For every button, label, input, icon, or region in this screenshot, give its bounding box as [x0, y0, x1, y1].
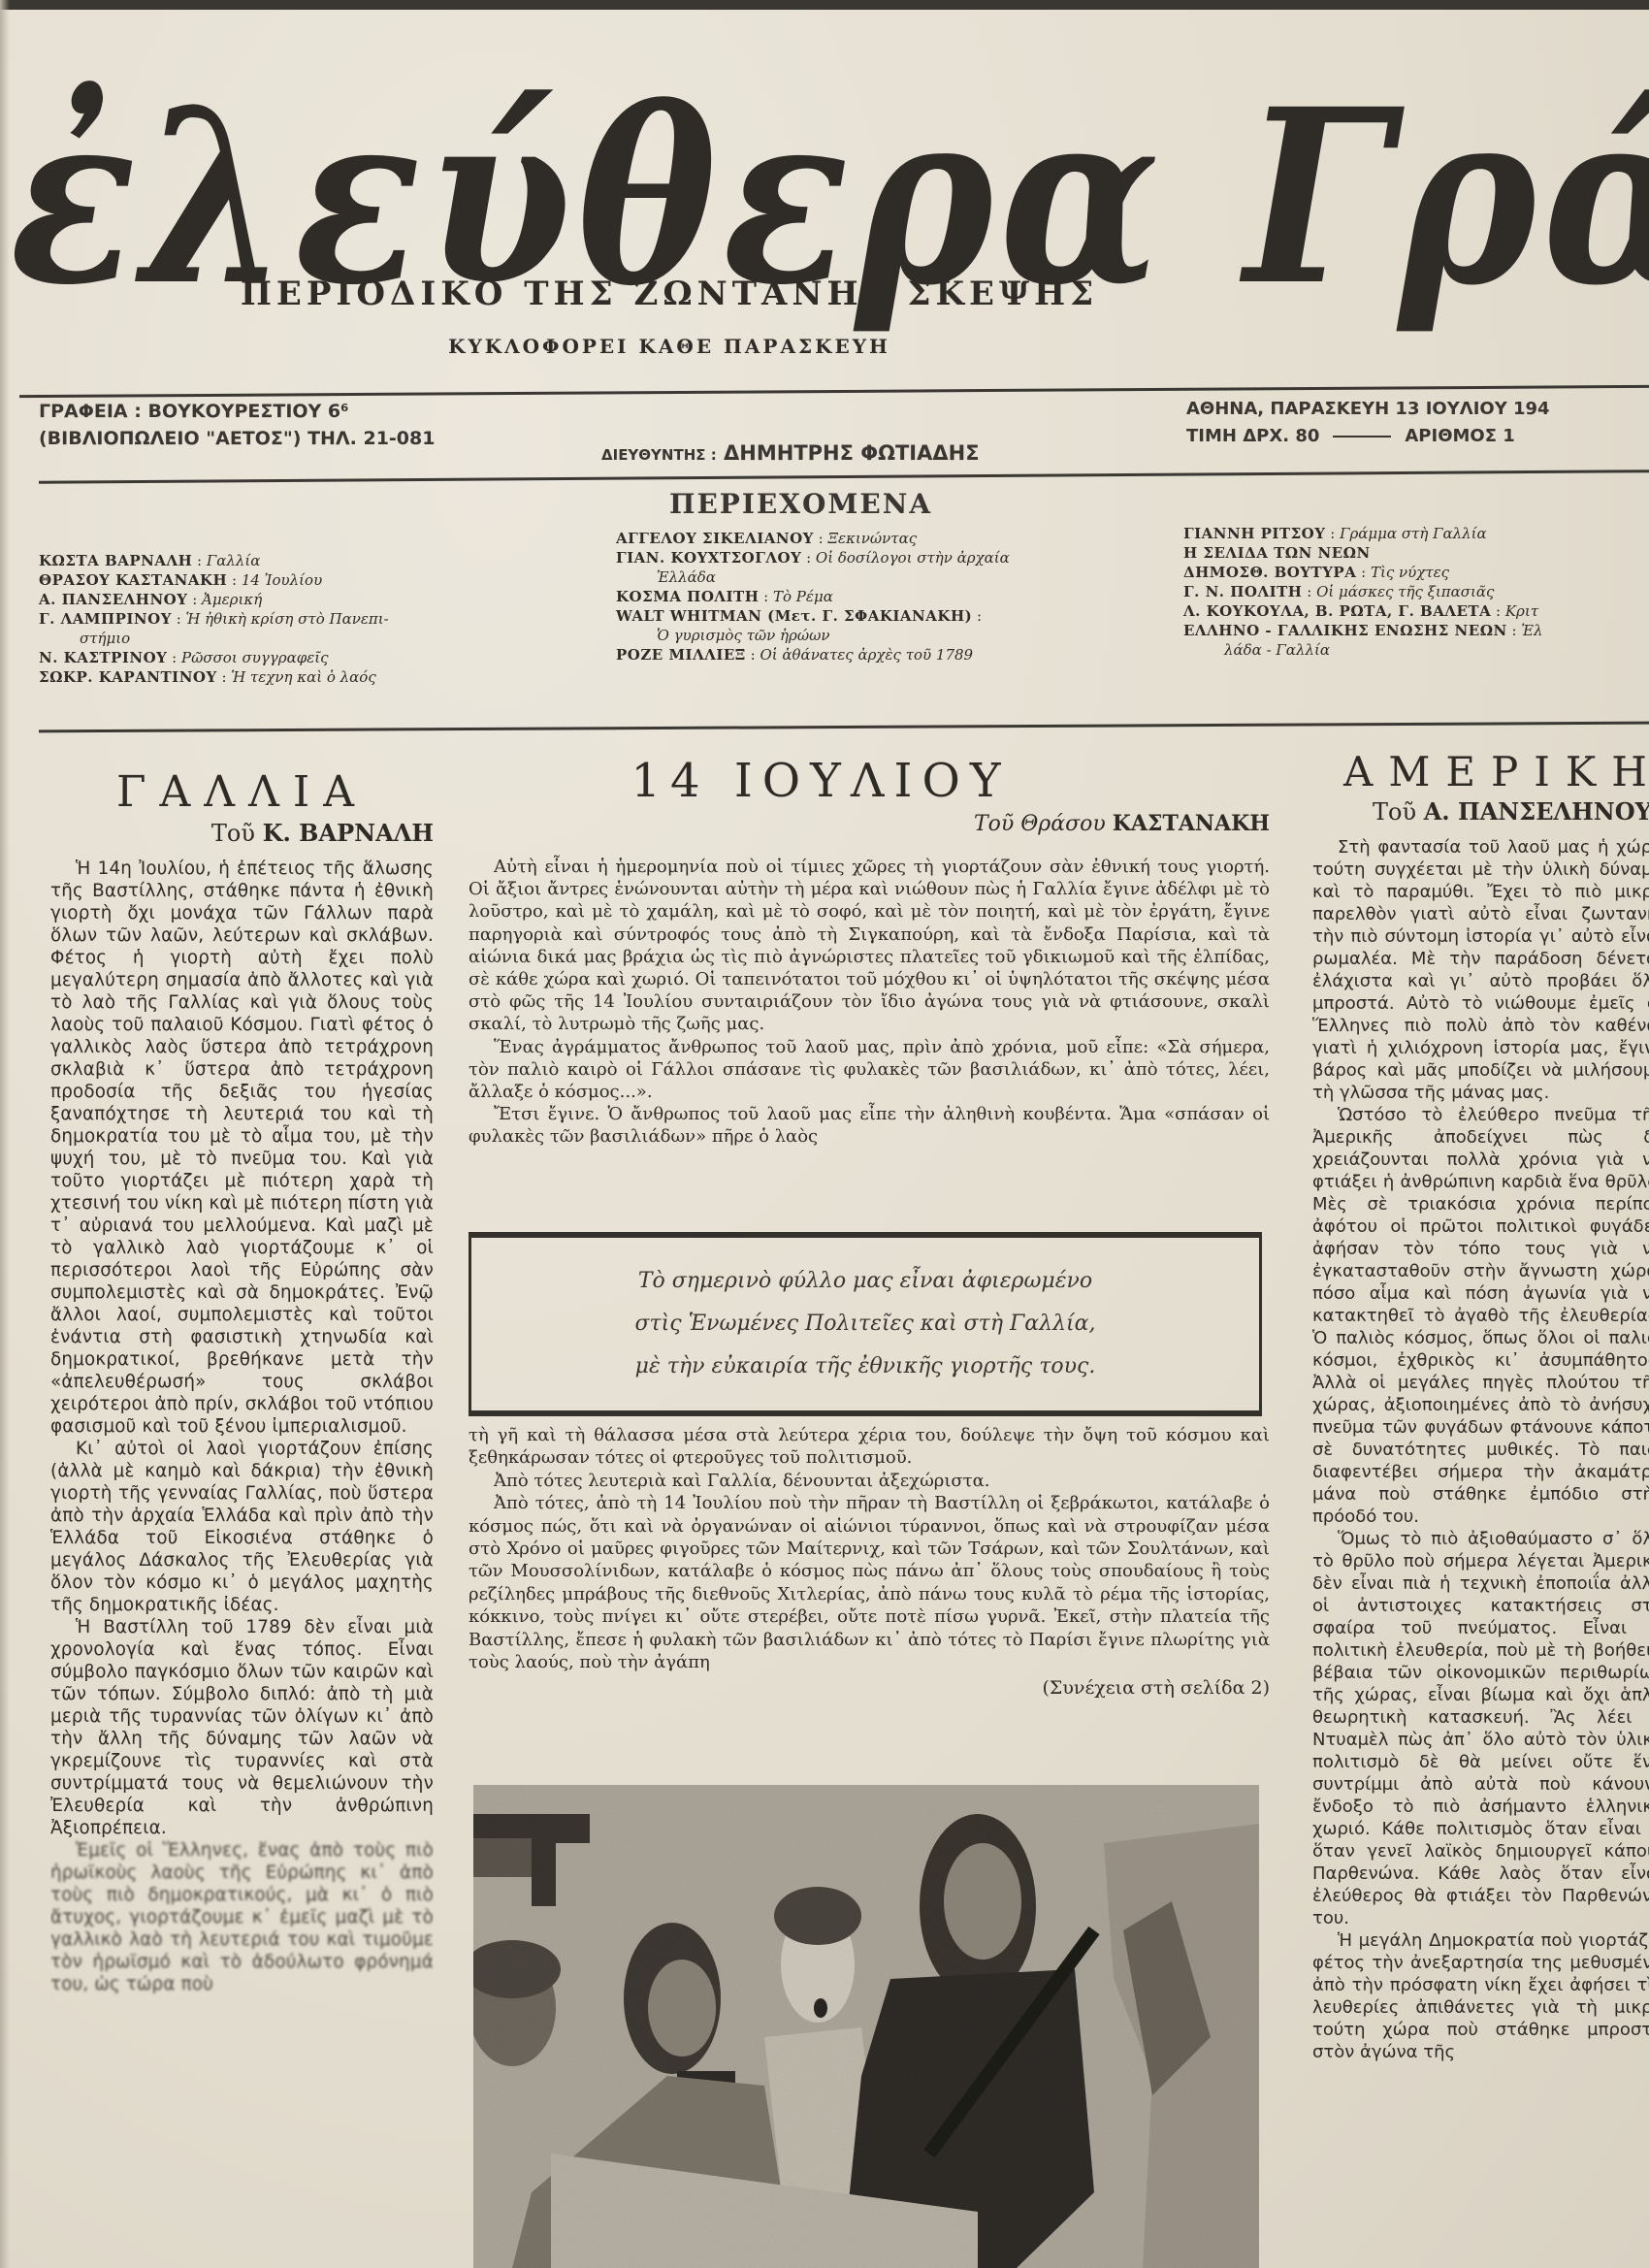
article-paragraph: Αὐτὴ εἶναι ἡ ἡμερομηνία ποὺ οἱ τίμιες χῶ… — [469, 856, 1270, 1036]
article-paragraph: Ἡ 14η Ἰουλίου, ἡ ἐπέτειος τῆς ἅλωσης τῆς… — [50, 858, 434, 1438]
article-byline: Τοῦ Α. ΠΑΝΣΕΛΗΝΟΥ — [1285, 797, 1649, 826]
contents-author: Α. ΠΑΝΣΕΛΗΝΟΥ — [39, 591, 187, 608]
contents-item: ΕΛΛΗΝΟ - ΓΑΛΛΙΚΗΣ ΕΝΩΣΗΣ ΝΕΩΝ : Ἑλ — [1183, 621, 1649, 640]
contents-author: ΓΙΑΝ. ΚΟΥΧΤΣΟΓΛΟΥ — [616, 549, 801, 567]
contents-title-text: Τὶς νύχτες — [1371, 564, 1449, 581]
notice-line: στὶς Ἑνωμένες Πολιτεῖες καὶ στὴ Γαλλία, — [634, 1303, 1095, 1345]
contents-item-continued: στήμιο — [39, 629, 582, 648]
dateline: ΑΘΗΝΑ, ΠΑΡΑΣΚΕΥΗ 13 ΙΟΥΛΙΟΥ 194 — [1186, 396, 1550, 423]
contents-item-continued: Ὁ γυρισμὸς τῶν ἡρώων — [616, 626, 1179, 645]
article-paragraph: Ἡ μεγάλη Δημοκρατία ποὺ γιορτάζει φέτος … — [1285, 1929, 1649, 2063]
contents-author: Γ. Ν. ΠΟΛΙΤΗ — [1183, 583, 1302, 600]
article-paragraph: Ἀπὸ τότες λευτεριὰ καὶ Γαλλία, δένουνται… — [469, 1470, 1270, 1492]
contents-title-text: Οἱ μάσκες τῆς ξιπασιᾶς — [1316, 583, 1494, 600]
contents-list-middle: ΑΓΓΕΛΟΥ ΣΙΚΕΛΙΑΝΟΥ : ΞεκινώνταςΓΙΑΝ. ΚΟΥ… — [616, 529, 1179, 664]
contents-item-continued: λάδα - Γαλλία — [1183, 640, 1649, 660]
article-title: 14 ΙΟΥΛΙΟΥ — [469, 752, 1270, 810]
contents-title-text: Ἑλ — [1521, 622, 1542, 639]
contents-author: ΘΡΑΣΟΥ ΚΑΣΤΑΝΑΚΗ — [39, 571, 227, 589]
contents-author: Λ. ΚΟΥΚΟΥΛΑ, Β. ΡΩΤΑ, Γ. ΒΑΛΕΤΑ — [1183, 602, 1491, 620]
contents-author: ΚΟΣΜΑ ΠΟΛΙΤΗ — [616, 588, 759, 605]
contents-item: ΣΩΚΡ. ΚΑΡΑΝΤΙΝΟΥ : Ἡ τεχνη καὶ ὁ λαός — [39, 667, 582, 687]
contents-title-text: Γαλλία — [207, 552, 261, 569]
director-label: ΔΙΕΥΘΥΝΤΗΣ : — [601, 446, 717, 464]
dash-divider — [1333, 436, 1391, 437]
contents-list-left: ΚΩΣΤΑ ΒΑΡΝΑΛΗ : ΓαλλίαΘΡΑΣΟΥ ΚΑΣΤΑΝΑΚΗ :… — [39, 551, 582, 687]
contents-author: ΓΙΑΝΝΗ ΡΙΤΣΟΥ — [1183, 525, 1325, 542]
contents-author: Η ΣΕΛΙΔΑ ΤΩΝ ΝΕΩΝ — [1183, 544, 1371, 562]
article-paragraph: Ἕνας ἀγράμματος ἄνθρωπος τοῦ λαοῦ μας, π… — [469, 1036, 1270, 1104]
contents-author: WALT WHITMAN (Μετ. Γ. ΣΦΑΚΙΑΝΑΚΗ) — [616, 607, 972, 625]
scan-top-edge — [0, 0, 1649, 10]
dedication-notice-box: Τὸ σημερινὸ φύλλο μας εἶναι ἀφιερωμένο σ… — [469, 1232, 1262, 1416]
contents-item: Γ. Ν. ΠΟΛΙΤΗ : Οἱ μάσκες τῆς ξιπασιᾶς — [1183, 582, 1649, 601]
issue-info: ΑΘΗΝΑ, ΠΑΡΑΣΚΕΥΗ 13 ΙΟΥΛΙΟΥ 194 ΤΙΜΗ ΔΡΧ… — [1186, 396, 1550, 450]
contents-author: ΣΩΚΡ. ΚΑΡΑΝΤΙΝΟΥ — [39, 668, 217, 686]
contents-author: ΔΗΜΟΣΘ. ΒΟΥΤΥΡΑ — [1183, 564, 1356, 581]
article-body: Ἡ 14η Ἰουλίου, ἡ ἐπέτειος τῆς ἅλωσης τῆς… — [50, 858, 434, 1839]
contents-title-text: Ἡ τεχνη καὶ ὁ λαός — [231, 668, 375, 686]
painting-illustration — [473, 1785, 1259, 2268]
contents-item: Λ. ΚΟΥΚΟΥΛΑ, Β. ΡΩΤΑ, Γ. ΒΑΛΕΤΑ : Κριτ — [1183, 601, 1649, 621]
article-byline: Τοῦ Κ. ΒΑΡΝΑΛΗ — [50, 819, 434, 848]
article-paragraph: Ἐμεῖς οἱ Ἕλληνες, ἕνας ἀπὸ τοὺς πιὸ ἡρωϊ… — [50, 1839, 434, 1995]
contents-author: ΕΛΛΗΝΟ - ΓΑΛΛΙΚΗΣ ΕΝΩΣΗΣ ΝΕΩΝ — [1183, 622, 1507, 639]
publication-frequency: ΚΥΚΛΟΦΟΡΕΙ ΚΑΘΕ ΠΑΡΑΣΚΕΥΗ — [0, 335, 1494, 358]
contents-item-continued: Ἑλλάδα — [616, 567, 1179, 587]
contents-item: Η ΣΕΛΙΔΑ ΤΩΝ ΝΕΩΝ — [1183, 543, 1649, 563]
contents-list-right: ΓΙΑΝΝΗ ΡΙΤΣΟΥ : Γράμμα στὴ ΓαλλίαΗ ΣΕΛΙΔ… — [1183, 524, 1649, 660]
contents-title-text: Ἡ ἠθικὴ κρίση στὸ Πανεπι- — [186, 610, 389, 628]
contents-title-text: Οἱ δοσίλογοι στὴν ἀρχαία — [816, 549, 1010, 567]
continued-on-page-2: (Συνέχεια στὴ σελίδα 2) — [469, 1677, 1270, 1699]
article-title: ΑΜΕΡΙΚΗ — [1285, 747, 1649, 797]
article-paragraph: Ἡ Βαστίλλη τοῦ 1789 δὲν εἶναι μιὰ χρονολ… — [50, 1616, 434, 1839]
article-paragraph: τὴ γῆ καὶ τὴ θάλασσα μέσα στὰ λεύτερα χέ… — [469, 1424, 1270, 1470]
contents-rule — [39, 722, 1649, 733]
contents-title-text: Ξεκινώντας — [827, 530, 917, 547]
contents-item: ΚΩΣΤΑ ΒΑΡΝΑΛΗ : Γαλλία — [39, 551, 582, 570]
article-paragraph: Ὅμως τὸ πιὸ ἀξιοθαύμαστο σ᾿ ὅλο τὸ θρῦλο… — [1285, 1528, 1649, 1929]
notice-line: μὲ τὴν εὐκαιρία τῆς ἐθνικῆς γιορτῆς τους… — [635, 1345, 1096, 1388]
contents-title-text: Κριτ — [1505, 602, 1538, 620]
contents-item: ΓΙΑΝΝΗ ΡΙΤΣΟΥ : Γράμμα στὴ Γαλλία — [1183, 524, 1649, 543]
article-body: τὴ γῆ καὶ τὴ θάλασσα μέσα στὰ λεύτερα χέ… — [469, 1424, 1270, 1673]
masthead-subtitle: ΠΕΡΙΟΔΙΚΟ ΤΗΣ ΖΩΝΤΑΝΗΣ ΣΚΕΨΗΣ — [0, 275, 1494, 313]
issue-number: ΑΡΙΘΜΟΣ 1 — [1405, 426, 1514, 446]
article-july-14-continued: τὴ γῆ καὶ τὴ θάλασσα μέσα στὰ λεύτερα χέ… — [469, 1424, 1270, 1699]
contents-author: ΑΓΓΕΛΟΥ ΣΙΚΕΛΙΑΝΟΥ — [616, 530, 814, 547]
contents-item: ΑΓΓΕΛΟΥ ΣΙΚΕΛΙΑΝΟΥ : Ξεκινώντας — [616, 529, 1179, 548]
contents-author: Γ. ΛΑΜΠΡΙΝΟΥ — [39, 610, 172, 628]
contents-author: Ν. ΚΑΣΤΡΙΝΟΥ — [39, 649, 167, 666]
article-paragraph: Ἔτσι ἔγινε. Ὁ ἄνθρωπος τοῦ λαοῦ μας εἶπε… — [469, 1103, 1270, 1148]
contents-item: ΚΟΣΜΑ ΠΟΛΙΤΗ : Τὸ Ρέμα — [616, 587, 1179, 606]
article-body: Αὐτὴ εἶναι ἡ ἡμερομηνία ποὺ οἱ τίμιες χῶ… — [469, 856, 1270, 1149]
article-paragraph: Ὡστόσο τὸ ἐλεύθερο πνεῦμα τῆς Ἀμερικῆς ἀ… — [1285, 1104, 1649, 1528]
article-paragraph: Κι᾿ αὐτοὶ οἱ λαοὶ γιορτάζουν ἐπίσης (ἀλλ… — [50, 1438, 434, 1616]
contents-title: ΠΕΡΙΕΧΟΜΕΝΑ — [669, 488, 932, 520]
price: ΤΙΜΗ ΔΡΧ. 80 — [1186, 426, 1319, 446]
contents-author: ΚΩΣΤΑ ΒΑΡΝΑΛΗ — [39, 552, 192, 569]
article-paragraph: Στὴ φαντασία τοῦ λαοῦ μας ἡ χώρα τούτη σ… — [1285, 836, 1649, 1104]
contents-item: ΔΗΜΟΣΘ. ΒΟΥΤΥΡΑ : Τὶς νύχτες — [1183, 563, 1649, 582]
contents-title-text: Ἀμερική — [202, 591, 262, 608]
contents-title-text: Τὸ Ρέμα — [773, 588, 833, 605]
contents-title-text: 14 Ἰουλίου — [242, 571, 322, 589]
article-paragraph: Ἀπὸ τότες, ἀπὸ τὴ 14 Ἰουλίου ποὺ τὴν πῆρ… — [469, 1492, 1270, 1673]
header-rule-bottom — [39, 470, 1649, 484]
director-info: ΔΙΕΥΘΥΝΤΗΣ : ΔΗΜΗΤΡΗΣ ΦΩΤΙΑΔΗΣ — [601, 441, 980, 465]
contents-item: Α. ΠΑΝΣΕΛΗΝΟΥ : Ἀμερική — [39, 590, 582, 609]
article-july-14: 14 ΙΟΥΛΙΟΥ Τοῦ Θράσου ΚΑΣΤΑΝΑΚΗ Αὐτὴ εἶν… — [469, 752, 1270, 1224]
contents-title-text: Γράμμα στὴ Γαλλία — [1340, 525, 1487, 542]
article-gallia: ΓΑΛΛΙΑ Τοῦ Κ. ΒΑΡΝΑΛΗ Ἡ 14η Ἰουλίου, ἡ ἐ… — [50, 766, 434, 2260]
contents-author: ΡΟΖΕ ΜΙΛΛΙΕΞ — [616, 646, 746, 664]
director-name: ΔΗΜΗΤΡΗΣ ΦΩΤΙΑΔΗΣ — [724, 441, 980, 465]
contents-title-text: Οἱ ἀθάνατες ἀρχὲς τοῦ 1789 — [760, 646, 973, 664]
offices-info: ΓΡΑΦΕΙΑ : ΒΟΥΚΟΥΡΕΣΤΙΟΥ 6⁶ (ΒΙΒΛΙΟΠΩΛΕΙΟ… — [39, 398, 435, 452]
notice-line: Τὸ σημερινὸ φύλλο μας εἶναι ἀφιερωμένο — [638, 1260, 1092, 1303]
bastille-painting-photo — [473, 1785, 1259, 2268]
contents-item: ΘΡΑΣΟΥ ΚΑΣΤΑΝΑΚΗ : 14 Ἰουλίου — [39, 570, 582, 590]
contents-item: Ν. ΚΑΣΤΡΙΝΟΥ : Ρῶσσοι συγγραφεῖς — [39, 648, 582, 667]
contents-item: ΓΙΑΝ. ΚΟΥΧΤΣΟΓΛΟΥ : Οἱ δοσίλογοι στὴν ἀρ… — [616, 548, 1179, 567]
contents-title-text: Ρῶσσοι συγγραφεῖς — [181, 649, 329, 666]
contents-item: ΡΟΖΕ ΜΙΛΛΙΕΞ : Οἱ ἀθάνατες ἀρχὲς τοῦ 178… — [616, 645, 1179, 664]
article-byline: Τοῦ Θράσου ΚΑΣΤΑΝΑΚΗ — [469, 810, 1270, 838]
offices-line-1: ΓΡΑΦΕΙΑ : ΒΟΥΚΟΥΡΕΣΤΙΟΥ 6⁶ — [39, 398, 435, 425]
contents-item: WALT WHITMAN (Μετ. Γ. ΣΦΑΚΙΑΝΑΚΗ) : — [616, 606, 1179, 626]
contents-item: Γ. ΛΑΜΠΡΙΝΟΥ : Ἡ ἠθικὴ κρίση στὸ Πανεπι- — [39, 609, 582, 629]
offices-line-2: (ΒΙΒΛΙΟΠΩΛΕΙΟ "ΑΕΤΟΣ") ΤΗΛ. 21-081 — [39, 425, 435, 452]
article-america: ΑΜΕΡΙΚΗ Τοῦ Α. ΠΑΝΣΕΛΗΝΟΥ Στὴ φαντασία τ… — [1285, 747, 1649, 2268]
article-title: ΓΑΛΛΙΑ — [50, 766, 434, 819]
article-body: Στὴ φαντασία τοῦ λαοῦ μας ἡ χώρα τούτη σ… — [1285, 836, 1649, 2063]
